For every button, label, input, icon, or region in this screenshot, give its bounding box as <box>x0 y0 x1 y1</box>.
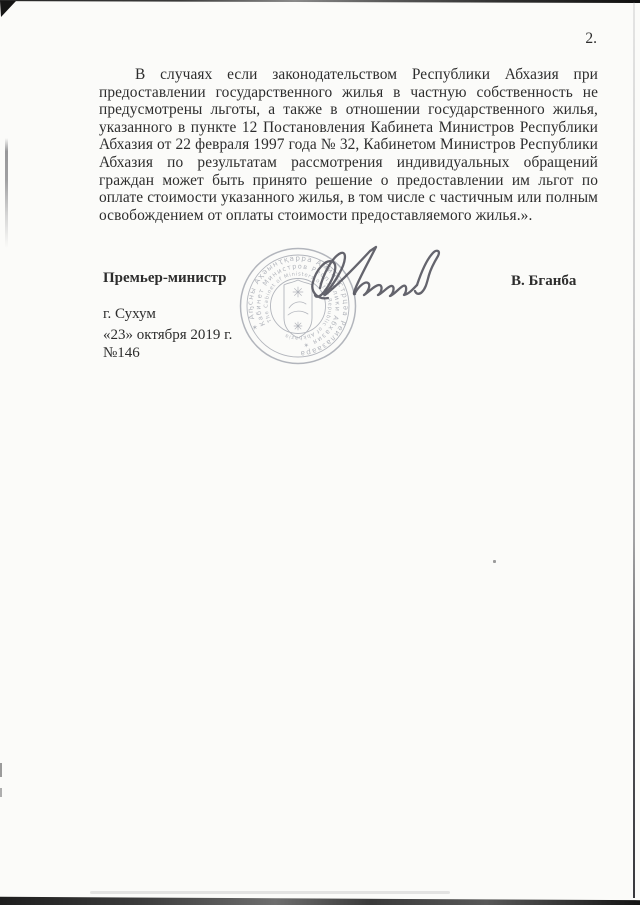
scanned-document-page: 2. В случаях если законодательством Респ… <box>0 0 640 905</box>
page-number: 2. <box>585 30 597 48</box>
signer-name: В. Бганба <box>511 272 576 290</box>
scan-smudge-bottom <box>90 891 450 894</box>
body-paragraph: В случаях если законодательством Республ… <box>99 66 598 224</box>
paragraph-line: предоставлении государственного жилья в … <box>99 84 598 102</box>
scan-speck-dot <box>493 560 496 563</box>
paragraph-line: граждан может быть принято решение о пре… <box>99 172 598 190</box>
handwritten-signature <box>298 242 458 308</box>
paragraph-line: освобождением от оплаты стоимости предос… <box>99 207 598 225</box>
scan-edge-bottom <box>0 895 640 905</box>
paragraph-line: указанного в пункте 12 Постановления Каб… <box>99 119 598 137</box>
scan-streak-left <box>5 138 8 248</box>
scan-edge-top <box>0 0 640 3</box>
paragraph-line: В случаях если законодательством Республ… <box>99 66 598 84</box>
scan-dash-left-lower <box>0 788 2 797</box>
prime-minister-title: Премьер-министр <box>103 269 227 287</box>
date-line: «23» октября 2019 г. <box>103 326 232 344</box>
city-line: г. Сухум <box>103 305 156 323</box>
paragraph-line: Абхазия от 22 февраля 1997 года № 32, Ка… <box>99 136 598 154</box>
paragraph-line: оплате стоимости указанного жилья, в том… <box>99 189 598 207</box>
scan-edge-right <box>633 2 635 898</box>
corner-fold-mark <box>0 1 17 18</box>
paragraph-line: Абхазия по результатам рассмотрения инди… <box>99 154 598 172</box>
scan-dash-left-upper <box>0 763 2 777</box>
document-number: №146 <box>103 344 140 362</box>
paragraph-line: предусмотрены льготы, а также в отношени… <box>99 101 598 119</box>
